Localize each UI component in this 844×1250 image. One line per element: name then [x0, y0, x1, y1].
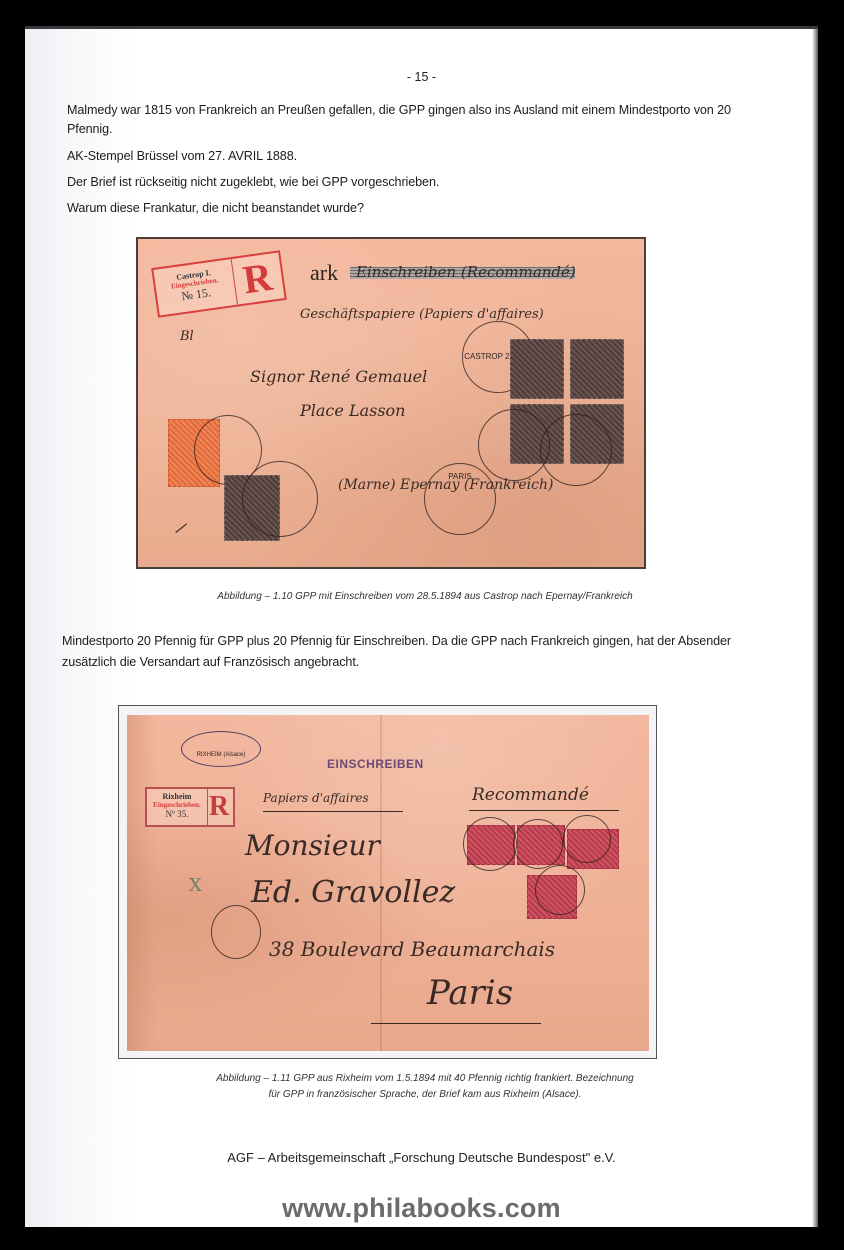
underline: [371, 1023, 541, 1024]
paragraph-mindestporto: Mindestporto 20 Pfennig für GPP plus 20 …: [62, 631, 762, 673]
postmark-castrop: [540, 414, 612, 486]
figure-2-caption-line-2: für GPP in französischer Sprache, der Br…: [105, 1087, 745, 1103]
paragraph-ak-stempel: AK-Stempel Brüssel vom 27. AVRIL 1888.: [67, 147, 297, 166]
handwriting-addressee: Signor René Gemauel: [250, 367, 427, 386]
handwriting-papiers-affaires: Papiers d'affaires: [263, 791, 369, 805]
registration-letter: R: [231, 252, 285, 304]
registration-letter: R: [205, 789, 233, 825]
einschreiben-handstamp: EINSCHREIBEN: [327, 757, 424, 771]
handwriting-bl: Bl: [180, 329, 194, 344]
handwriting-recommande: Recommandé: [472, 785, 589, 805]
handwriting-street: 38 Boulevard Beaumarchais: [269, 937, 555, 961]
postmark-rixheim: [463, 817, 517, 871]
handwriting-geschaeftspapiere: Geschäftspapiere (Papiers d'affaires): [300, 307, 544, 322]
handwriting-monsieur: Monsieur: [245, 829, 380, 862]
registration-kind: Eingeschrieben.: [147, 801, 207, 809]
paragraph-question: Warum diese Frankatur, die nicht beansta…: [67, 199, 364, 218]
handwriting-street: Place Lasson: [300, 401, 405, 420]
page-number: - 15 -: [25, 70, 818, 84]
document-page: - 15 - Malmedy war 1815 von Frankreich a…: [25, 26, 818, 1227]
page-edge-shadow: [812, 29, 818, 1227]
handwriting-flourish: ⸝: [174, 503, 187, 539]
printed-text-fragment: ark: [310, 260, 338, 286]
postmark-rixheim: [513, 819, 563, 869]
postmark-castrop: [242, 461, 318, 537]
figure-1-envelope-image: ark Einschreiben (Recommandé) Geschäftsp…: [136, 237, 646, 569]
registration-label: Rixheim Eingeschrieben. Nº 35. R: [145, 787, 235, 827]
registration-town: Rixheim: [147, 792, 207, 801]
handwriting-city: Paris: [427, 973, 513, 1013]
figure-2-caption-line-1: Abbildung – 1.11 GPP aus Rixheim vom 1.5…: [105, 1071, 745, 1087]
stamp-brown: [570, 339, 624, 399]
figure-1-caption: Abbildung – 1.10 GPP mit Einschreiben vo…: [125, 589, 725, 605]
postmark-castrop: [478, 409, 550, 481]
postmark-rixheim: [563, 815, 611, 863]
paragraph-malmedy: Malmedy war 1815 von Frankreich an Preuß…: [67, 101, 757, 139]
page-footer: AGF – Arbeitsgemeinschaft „Forschung Deu…: [25, 1150, 818, 1165]
pencil-mark: X: [189, 875, 202, 896]
registration-label: Castrop I. Eingeschrieben. № 15. R: [151, 250, 287, 318]
postmark-paris: PARIS: [424, 463, 496, 535]
stamp-brown: [510, 339, 564, 399]
handwriting-name: Ed. Gravollez: [251, 875, 455, 910]
underline: [469, 810, 619, 811]
envelope-fold: [127, 715, 157, 1051]
postmark-arrival: [211, 905, 261, 959]
postmark-rixheim: [535, 865, 585, 915]
handwriting-einschreiben: Einschreiben (Recommandé): [356, 263, 576, 281]
watermark-link[interactable]: www.philabooks.com: [25, 1193, 818, 1224]
paragraph-brief: Der Brief ist rückseitig nicht zugeklebt…: [67, 173, 439, 192]
figure-2-envelope-image: RIXHEIM (Alsace) EINSCHREIBEN Rixheim Ei…: [127, 715, 649, 1051]
figure-2-caption: Abbildung – 1.11 GPP aus Rixheim vom 1.5…: [105, 1071, 745, 1103]
sender-cachet: RIXHEIM (Alsace): [181, 731, 261, 767]
registration-number: Nº 35.: [147, 809, 207, 819]
underline: [263, 811, 403, 812]
